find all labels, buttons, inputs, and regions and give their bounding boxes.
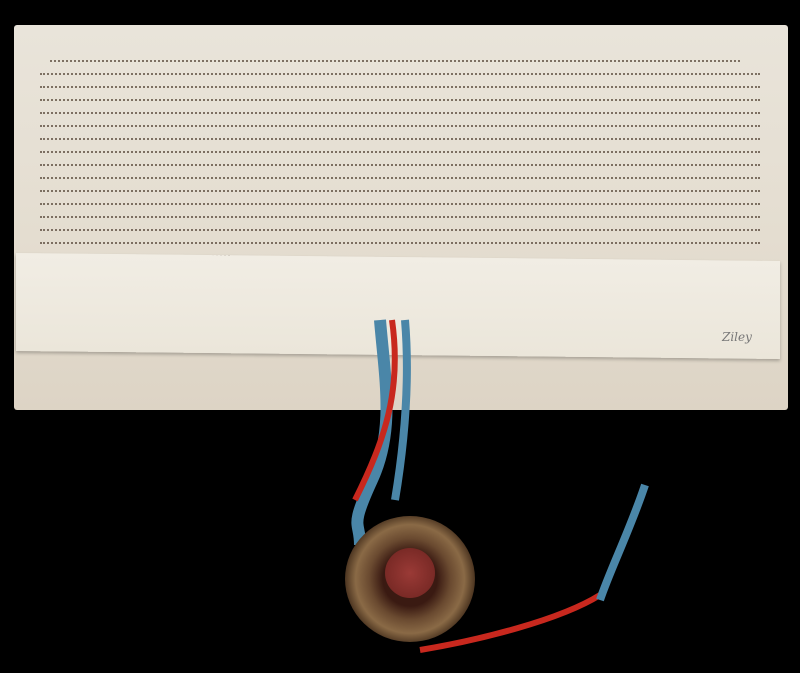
seal-impression — [385, 548, 435, 598]
